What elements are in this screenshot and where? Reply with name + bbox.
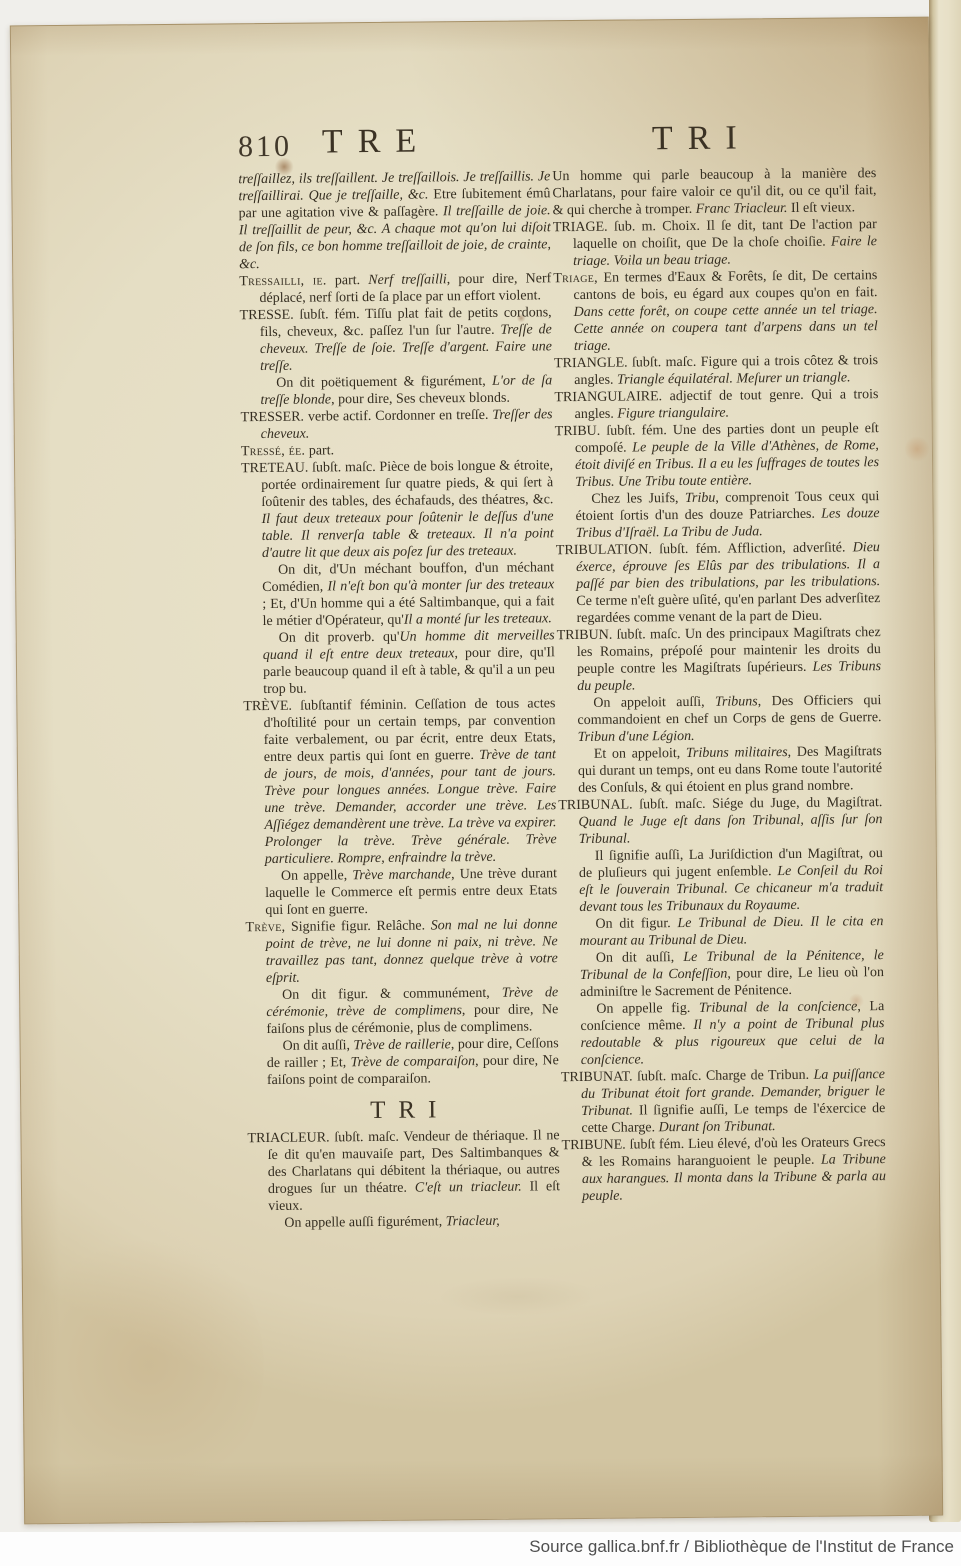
text-run: Franc Triacleur. [696,201,788,217]
text-run: Tribuns [715,694,758,709]
dictionary-paragraph: Tressailli, ie. part. Nerf treſſailli, p… [239,270,551,307]
text-run: Quand le Juge eſt dans ſon Tribunal, aſſ… [578,812,882,847]
running-head-left: TRE [322,122,432,161]
text-run: Il a monté ſur les treteaux. [404,611,552,627]
dictionary-paragraph: On dit poëtiquement & figurément, L'or d… [240,372,552,409]
text-run: TRIBULATION. ſubſt. fém. Affliction, adv… [556,540,853,558]
dictionary-paragraph: Il ſignifie auſſi, La Juriſdiction d'un … [559,845,884,916]
text-run: TRESSER. verbe actif. Cordonner en treſſ… [241,408,493,425]
text-run: , pour dire, Ses cheveux blonds. [331,391,510,408]
text-run: part. [327,273,369,288]
dictionary-paragraph: Trève, Signifie figur. Relâche. Son mal … [245,916,558,987]
text-run: TRI [370,1096,450,1124]
text-run: On appeloit auſſi, [593,695,715,711]
show-through [438,1276,598,1318]
dictionary-paragraph: Et on appeloit, Tribuns militaires, Des … [558,743,882,797]
dictionary-paragraph: TRIBUNAT. ſubſt. maſc. Charge de Tribun.… [561,1066,886,1137]
text-run: Trève de comparaiſon [350,1054,475,1070]
left-column: treſſaillez, ils treſſaillent. Je treſſa… [238,168,560,1232]
text-run: C'eſt un triacleur. [415,1180,522,1196]
dictionary-paragraph: TRIBU. ſubſt. fém. Une des parties dont … [555,420,880,491]
text-run: Ce terme n'eſt guère uſité, qu'en parlan… [576,591,880,626]
text-run: On dit figur. & communément, [282,986,502,1003]
page-number: 810 [238,130,292,165]
dictionary-paragraph: On dit, d'Un méchant bouffon, d'un mécha… [242,559,555,630]
text-run: Tressé, ée. [241,444,306,460]
text-run: On dit auſſi, [596,950,684,966]
dictionary-paragraph: On dit auſſi, Trève de raillerie, pour d… [247,1035,559,1089]
text-run: Tressailli, ie. [239,273,327,289]
dictionary-paragraph: TRIBUNAL. ſubſt. maſc. Siége du Juge, du… [558,794,882,848]
dictionary-paragraph: On appelle, Trève marchande, Une trève d… [245,865,557,919]
right-column: Un homme qui parle beaucoup à la manière… [552,165,886,1205]
dictionary-paragraph: Triage, En termes d'Eaux & Forêts, ſe di… [553,267,878,355]
dictionary-paragraph: On appelle fig. Tribunal de la conſcienc… [560,998,885,1069]
text-run: TRIAGE. ſub. m. Choix. Il ſe dit, tant D… [553,217,877,252]
text-run: Chez les Juifs, [591,491,685,507]
dictionary-paragraph: TRIBULATION. ſubſt. fém. Affliction, adv… [556,539,881,627]
running-head-right: TRI [652,119,752,158]
text-run: On appelle auſſi figurément, [284,1214,445,1231]
text-run: Tribun d'une Légion. [578,729,695,745]
dictionary-paragraph: TRESSER. verbe actif. Cordonner en treſſ… [241,406,553,443]
text-run: Trève marchande [352,867,451,883]
text-run: Nerf treſſailli [368,272,447,288]
text-run: Il faut deux treteaux pour ſoûtenir le d… [262,509,554,561]
dictionary-paragraph: TRIBUNE. ſubſt fém. Lieu élevé, d'où les… [562,1134,887,1205]
source-credit: Source gallica.bnf.fr / Bibliothèque de … [529,1537,954,1557]
text-run: part. [305,443,334,458]
text-run: Tribuns militaires [686,745,788,761]
text-run: Signifie figur. Relâche. [285,918,431,934]
text-run: TRIBUNAL. ſubſt. maſc. Siége du Juge, du… [558,795,882,813]
text-run: Et on appeloit, [594,746,686,762]
dictionary-paragraph: TRIACLEUR. ſubſt. maſc. Vendeur de théri… [247,1127,560,1215]
text-run: On dit proverb. qu' [279,630,400,646]
text-run: Trève de raillerie [353,1037,450,1053]
scanned-book-screenshot: { "page": { "number": "810", "left_runni… [0,0,961,1566]
dictionary-paragraph: treſſaillez, ils treſſaillent. Je treſſa… [238,168,551,273]
text-run: TRETEAU. ſubſt. maſc. Pièce de bois long… [241,458,553,510]
dictionary-paragraph: On appeloit auſſi, Tribuns, Des Officier… [557,692,881,746]
text-run: TRIBUNAT. ſubſt. maſc. Charge de Tribun. [561,1068,814,1085]
text-run: On dit poëtiquement & figurément, [276,374,492,391]
text-run: Triacleur, [446,1214,500,1230]
text-run: Il n'eſt bon qu'à monter ſur des treteau… [327,577,554,594]
text-run: En termes d'Eaux & Forêts, ſe dit, De ce… [573,268,877,303]
dictionary-paragraph: TRIBUN. ſubſt. maſc. Un des principaux M… [557,624,882,695]
dictionary-paragraph: On dit figur. Le Tribunal de Dieu. Il le… [559,913,883,950]
dictionary-paragraph: Un homme qui parle beaucoup à la manière… [552,165,876,219]
dictionary-paragraph: On dit figur. & communément, Trève de cé… [246,984,558,1038]
dictionary-paragraph: TRETEAU. ſubſt. maſc. Pièce de bois long… [241,457,554,562]
dictionary-paragraph: TRIANGULAIRE. adjectif de tout genre. Qu… [554,386,878,423]
dictionary-paragraph: TRIANGLE. ſubſt. maſc. Figure qui a troi… [554,352,878,389]
text-run: Triage, [553,271,598,286]
section-heading: TRI [260,1100,559,1120]
dictionary-paragraph: TRESSE. ſubſt. fém. Tiſſu plat fait de p… [240,304,553,375]
text-run: On appelle fig. [596,1001,699,1017]
paper-stain [32,1224,265,1506]
text-run: Tribunal de la conſcience [699,999,857,1016]
text-run: Il eſt vieux. [787,200,855,216]
text-run: Trève, [245,920,285,935]
dictionary-paragraph: On dit proverb. qu'Un homme dit merveill… [243,627,556,698]
dictionary-paragraph: TRÈVE. ſubſtantif féminin. Ceſſation de … [243,695,557,868]
dictionary-paragraph: On dit auſſi, Le Tribunal de la Pénitenc… [560,947,884,1001]
dictionary-paragraph: TRIAGE. ſub. m. Choix. Il ſe dit, tant D… [553,216,877,270]
dictionary-paragraph: On appelle auſſi figurément, Triacleur, [248,1212,560,1232]
text-run: Dans cette forêt, on coupe cette année u… [574,302,878,354]
footer-bar: Source gallica.bnf.fr / Bibliothèque de … [0,1532,961,1566]
book-page: 810 TRE TRI treſſaillez, ils treſſaillen… [10,17,943,1525]
text-run: Durant ſon Tribunat. [658,1119,775,1135]
text-run: Triangle équilatéral. Meſurer un triangl… [617,370,851,387]
text-run: On appelle, [281,868,352,884]
text-run: Tribu [685,491,716,506]
text-run: On dit figur. [595,916,677,932]
text-run: On dit auſſi, [283,1038,354,1054]
text-run: Trève de tant de jours, de mois, d'année… [264,747,557,867]
text-run: Figure triangulaire. [617,406,729,422]
dictionary-paragraph: Chez les Juifs, Tribu, comprenoit Tous c… [555,488,879,542]
